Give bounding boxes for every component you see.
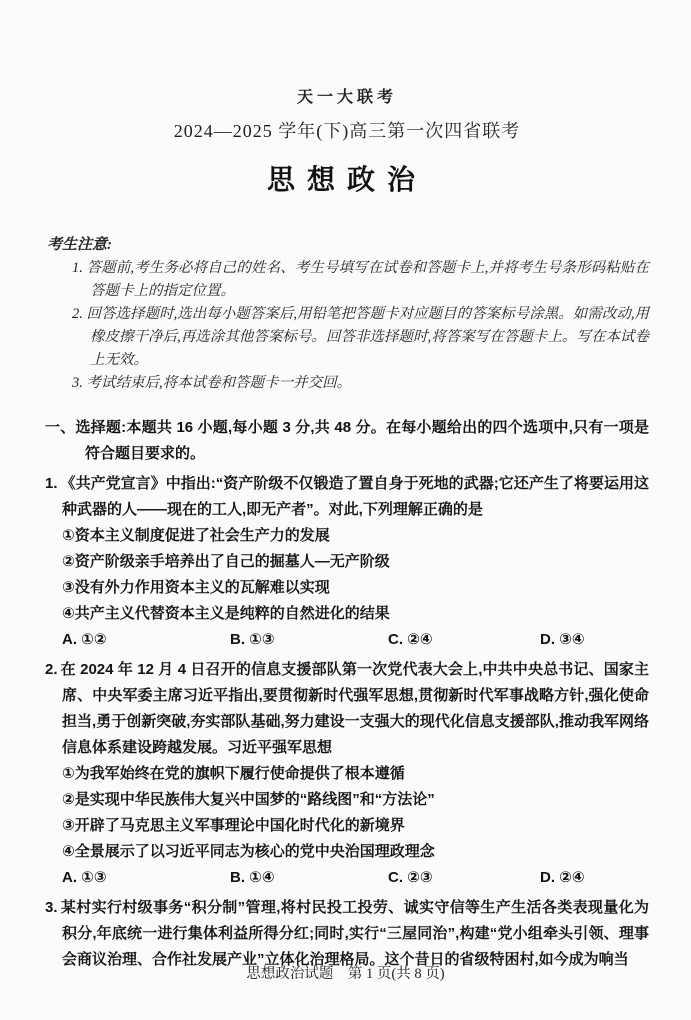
statement: ③没有外力作用资本主义的瓦解难以实现 — [62, 575, 649, 601]
statement: ②是实现中华民族伟大复兴中国梦的“路线图”和“方法论” — [62, 787, 649, 813]
exam-paper-page: 天一大联考 2024—2025 学年(下)高三第一次四省联考 思想政治 考生注意… — [0, 0, 691, 1020]
statement: ③开辟了马克思主义军事理论中国化时代化的新境界 — [62, 813, 649, 839]
choice-d: D. ③④ — [540, 627, 649, 653]
question-3-stem-text: 某村实行村级事务“积分制”管理,将村民投工投劳、诚实守信等生产生活各类表现量化为… — [61, 899, 649, 968]
statement: ④共产主义代替资本主义是纯粹的自然进化的结果 — [62, 601, 649, 627]
candidate-notice: 考生注意: 1. 答题前,考生务必将自己的姓名、考生号填写在试卷和答题卡上,并将… — [45, 234, 649, 395]
question-1: 1.《共产党宣言》中指出:“资产阶级不仅锻造了置自身于死地的武器;它还产生了将要… — [45, 471, 649, 653]
question-1-statements: ①资本主义制度促进了社会生产力的发展 ②资产阶级亲手培养出了自己的掘墓人—无产阶… — [45, 523, 649, 627]
subject-title: 思想政治 — [45, 158, 649, 198]
statement: ①资本主义制度促进了社会生产力的发展 — [62, 523, 649, 549]
question-1-number: 1. — [45, 475, 58, 492]
statement: ①为我军始终在党的旗帜下履行使命提供了根本遵循 — [62, 761, 649, 787]
question-2-choices: A. ①③ B. ①④ C. ②③ D. ②④ — [62, 865, 649, 891]
choice-a: A. ①② — [62, 627, 230, 653]
choice-a: A. ①③ — [62, 865, 230, 891]
question-1-stem: 1.《共产党宣言》中指出:“资产阶级不仅锻造了置自身于死地的武器;它还产生了将要… — [45, 471, 649, 523]
question-2: 2.在 2024 年 12 月 4 日召开的信息支援部队第一次党代表大会上,中共… — [45, 657, 649, 891]
question-1-stem-text: 《共产党宣言》中指出:“资产阶级不仅锻造了置自身于死地的武器;它还产生了将要运用… — [61, 475, 649, 518]
question-2-statements: ①为我军始终在党的旗帜下履行使命提供了根本遵循 ②是实现中华民族伟大复兴中国梦的… — [45, 761, 649, 865]
question-2-number: 2. — [45, 661, 58, 678]
choice-d: D. ②④ — [540, 865, 649, 891]
choice-c: C. ②③ — [388, 865, 540, 891]
question-2-stem-text: 在 2024 年 12 月 4 日召开的信息支援部队第一次党代表大会上,中共中央… — [61, 661, 649, 756]
choice-b: B. ①④ — [230, 865, 388, 891]
notice-item-2: 2. 回答选择题时,选出每小题答案后,用铅笔把答题卡对应题目的答案标号涂黑。如需… — [45, 303, 649, 372]
statement: ④全景展示了以习近平同志为核心的党中央治国理政理念 — [62, 839, 649, 865]
question-1-choices: A. ①② B. ①③ C. ②④ D. ③④ — [62, 627, 649, 653]
notice-heading: 考生注意: — [47, 234, 649, 257]
statement: ②资产阶级亲手培养出了自己的掘墓人—无产阶级 — [62, 549, 649, 575]
question-2-stem: 2.在 2024 年 12 月 4 日召开的信息支援部队第一次党代表大会上,中共… — [45, 657, 649, 761]
notice-items: 1. 答题前,考生务必将自己的姓名、考生号填写在试卷和答题卡上,并将考生号条形码… — [45, 257, 649, 395]
page-footer: 思想政治试题 第 1 页(共 8 页) — [0, 962, 691, 983]
section-one-header: 一、选择题:本题共 16 小题,每小题 3 分,共 48 分。在每小题给出的四个… — [45, 415, 649, 467]
choice-c: C. ②④ — [388, 627, 540, 653]
paper-header: 天一大联考 2024—2025 学年(下)高三第一次四省联考 思想政治 — [45, 0, 649, 198]
choice-b: B. ①③ — [230, 627, 388, 653]
exam-brand: 天一大联考 — [45, 0, 649, 107]
notice-item-1: 1. 答题前,考生务必将自己的姓名、考生号填写在试卷和答题卡上,并将考生号条形码… — [45, 257, 649, 303]
exam-session: 2024—2025 学年(下)高三第一次四省联考 — [45, 117, 649, 143]
notice-item-3: 3. 考试结束后,将本试卷和答题卡一并交回。 — [45, 372, 649, 395]
question-3-number: 3. — [45, 899, 58, 916]
